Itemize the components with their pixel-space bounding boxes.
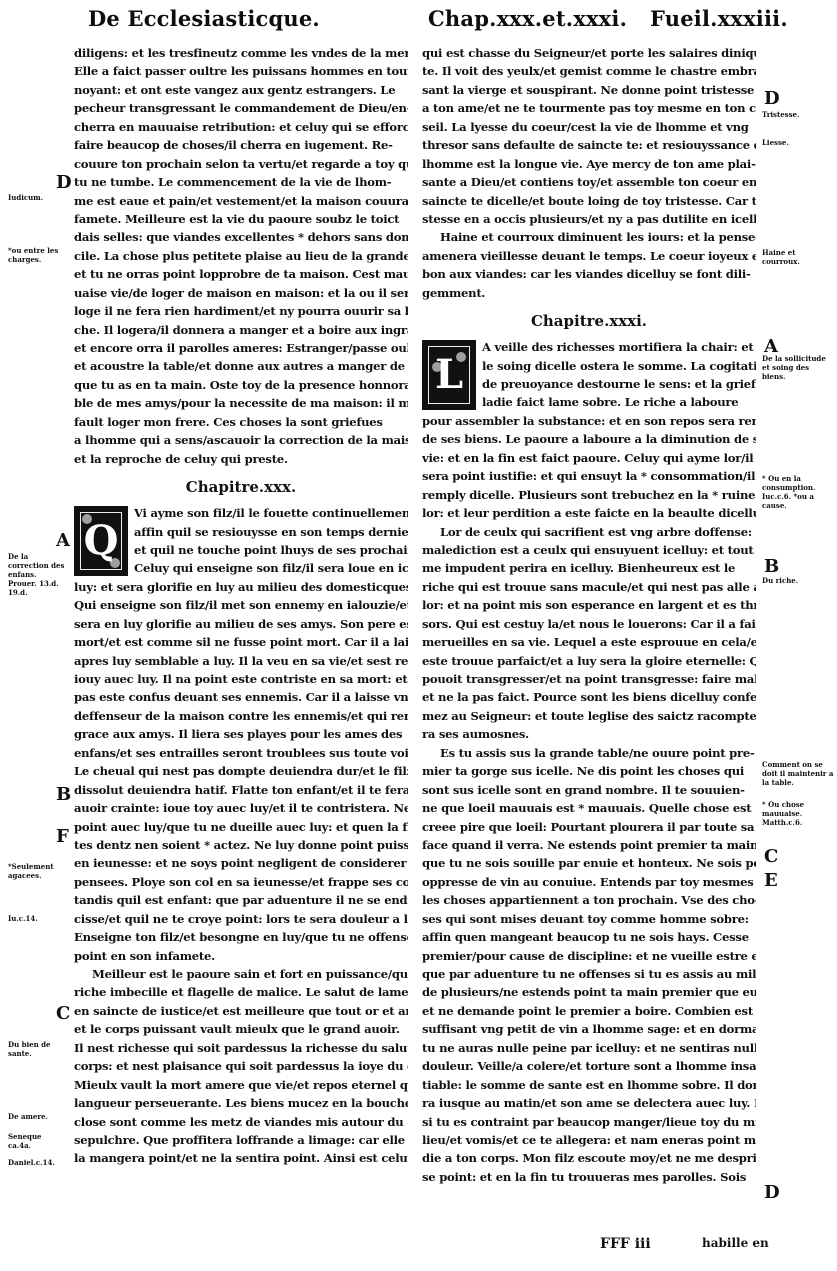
text-line: riche imbecille et flagelle de malice. L… <box>74 983 408 1001</box>
text-line: la mangera point/et ne la sentira point.… <box>74 1149 408 1167</box>
right-column-paragraph-lor: Lor de ceulx qui sacrifient est vng arbr… <box>422 523 756 744</box>
text-line: et la reproche de celuy qui preste. <box>74 450 408 468</box>
chapter-title-xxxi: Chapitre.xxxi. <box>422 310 756 332</box>
text-line: de ses biens. Le paoure a laboure a la d… <box>422 430 756 448</box>
text-line: sont sus icelle sont en grand nombre. Il… <box>422 781 756 799</box>
text-line: sors. Qui est cestuy la/et nous le louer… <box>422 615 756 633</box>
text-line: et quil ne touche point lhuys de ses pro… <box>134 541 408 559</box>
section-marker-right: D <box>764 1182 780 1203</box>
text-line: et ne demande point le premier a boire. … <box>422 1002 756 1020</box>
text-line: me est eaue et pain/et vestement/et la m… <box>74 192 408 210</box>
margin-note-right: Comment on se doit il maintenir a la tab… <box>762 760 834 787</box>
text-line: seil. La lyesse du coeur/cest la vie de … <box>422 118 756 136</box>
text-line: point auec luy/que tu ne dueille auec lu… <box>74 818 408 836</box>
text-line: pas este confus deuant ses ennemis. Car … <box>74 688 408 706</box>
text-line: affin quen mangeant beaucop tu ne sois h… <box>422 928 756 946</box>
text-line: douleur. Veille/a colere/et torture sont… <box>422 1057 756 1075</box>
margin-note-left: Seneque ca.4a. <box>8 1132 66 1150</box>
text-line: saincte te dicelle/et boute loing de toy… <box>422 192 756 210</box>
margin-note-right: De la sollicitude et soing des biens. <box>762 354 834 381</box>
text-line: qui est chasse du Seigneur/et porte les … <box>422 44 756 62</box>
left-column-continuation: diligens: et les tresfineutz comme les v… <box>74 44 408 468</box>
illuminated-initial-l: L <box>422 340 476 410</box>
text-line: Qui enseigne son filz/il met son ennemy … <box>74 596 408 614</box>
text-line: auoir crainte: ioue toy auec luy/et il t… <box>74 799 408 817</box>
text-line: stesse en a occis plusieurs/et ny a pas … <box>422 210 756 228</box>
text-line: sante a Dieu/et contiens toy/et assemble… <box>422 173 756 191</box>
text-line: cile. La chose plus petitete plaise au l… <box>74 247 408 265</box>
text-line: affin quil se resiouysse en son temps de… <box>134 523 408 541</box>
text-line: noyant: et ont este vangez aux gentz est… <box>74 81 408 99</box>
running-head-title: De Ecclesiasticque. <box>88 6 320 31</box>
text-line: couure ton prochain selon ta vertu/et re… <box>74 155 408 173</box>
text-line: tes dentz nen soient * actez. Ne luy don… <box>74 836 408 854</box>
text-line: dissolut deuiendra hatif. Flatte ton enf… <box>74 781 408 799</box>
margin-note-right: * Ou chose mauuaise. Matth.c.6. <box>762 800 834 827</box>
text-line: famete. Meilleure est la vie du paoure s… <box>74 210 408 228</box>
margin-note-left: *Seulement agacees. <box>8 862 66 880</box>
text-line: amenera vieillesse deuant le temps. Le c… <box>422 247 756 265</box>
text-line: creee pire que loeil: Pourtant plourera … <box>422 818 756 836</box>
margin-note-left: Iudicum. <box>8 193 66 202</box>
margin-note-right: Haine et courroux. <box>762 248 834 266</box>
text-line: te. Il voit des yeulx/et gemist comme le… <box>422 62 756 80</box>
left-text-column: diligens: et les tresfineutz comme les v… <box>74 44 408 1168</box>
signature-mark: FFF iii <box>600 1236 651 1252</box>
section-marker-right: D <box>764 88 780 109</box>
text-line: a lhomme qui a sens/ascauoir la correcti… <box>74 431 408 449</box>
text-line: de plusieurs/ne estends point ta main pr… <box>422 983 756 1001</box>
text-line: suffisant vng petit de vin a lhomme sage… <box>422 1020 756 1038</box>
text-line: si tu es contraint par beaucop manger/li… <box>422 1113 756 1131</box>
chapter-title-xxx: Chapitre.xxx. <box>74 476 408 498</box>
text-line: diligens: et les tresfineutz comme les v… <box>74 44 408 62</box>
text-line: que par aduenture tu ne offenses si tu e… <box>422 965 756 983</box>
text-line: gemment. <box>422 284 756 302</box>
section-marker-left: D <box>56 172 72 193</box>
running-head-chapters: Chap.xxx.et.xxxi. <box>428 6 627 31</box>
text-line: Mieulx vault la mort amere que vie/et re… <box>74 1076 408 1094</box>
text-line: faire beaucop de choses/il cherra en iug… <box>74 136 408 154</box>
text-line: Lor de ceulx qui sacrifient est vng arbr… <box>422 523 756 541</box>
margin-note-right: Tristesse. <box>762 110 834 119</box>
text-line: Le cheual qui nest pas dompte deuiendra … <box>74 762 408 780</box>
text-line: vie: et en la fin est faict paoure. Celu… <box>422 449 756 467</box>
text-line: ra ses aumosnes. <box>422 725 756 743</box>
text-line: Es tu assis sus la grande table/ne ouure… <box>422 744 756 762</box>
text-line: le soing dicelle ostera le somme. La cog… <box>482 357 756 375</box>
left-column-paragraph-health: Meilleur est le paoure sain et fort en p… <box>74 965 408 1168</box>
text-line: dais selles: que viandes excellentes * d… <box>74 228 408 246</box>
text-line: ladie faict lame sobre. Le riche a labou… <box>482 393 756 411</box>
margin-note-right: Liesse. <box>762 138 834 147</box>
margin-note-right: * Ou en la consumption. Iuc.c.6. *ou a c… <box>762 474 834 510</box>
text-line: Vi ayme son filz/il le fouette continuel… <box>134 504 408 522</box>
text-line: me impudent perira en icelluy. Bienheure… <box>422 559 756 577</box>
text-line: tu ne auras nulle peine par icelluy: et … <box>422 1039 756 1057</box>
margin-note-right: Du riche. <box>762 576 834 585</box>
text-line: che. Il logera/il donnera a manger et a … <box>74 321 408 339</box>
text-line: et le corps puissant vault mieulx que le… <box>74 1020 408 1038</box>
text-line: pensees. Ploye son col en sa ieunesse/et… <box>74 873 408 891</box>
text-line: Celuy qui enseigne son filz/il sera loue… <box>134 559 408 577</box>
text-line: et acoustre la table/et donne aux autres… <box>74 357 408 375</box>
catchword: habille en <box>702 1236 769 1250</box>
text-line: corps: et nest plaisance qui soit pardes… <box>74 1057 408 1075</box>
section-marker-right: A <box>764 336 778 357</box>
text-line: este trouue parfaict/et a luy sera la gl… <box>422 652 756 670</box>
text-line: a ton ame/et ne te tourmente pas toy mes… <box>422 99 756 117</box>
margin-note-left: De la correction des enfans. Prouer. 13.… <box>8 552 66 597</box>
chapter-xxx-body: Q Vi ayme son filz/il le fouette continu… <box>74 504 408 965</box>
text-line: apres luy semblable a luy. Il la veu en … <box>74 652 408 670</box>
text-line: ne que loeil mauuais est * mauuais. Quel… <box>422 799 756 817</box>
text-line: enfans/et ses entrailles seront troublee… <box>74 744 408 762</box>
text-line: tu ne tumbe. Le commencement de la vie d… <box>74 173 408 191</box>
text-line: uaise vie/de loger de maison en maison: … <box>74 284 408 302</box>
text-line: les choses appartiennent a ton prochain.… <box>422 891 756 909</box>
text-line: et tu ne orras point lopprobre de ta mai… <box>74 265 408 283</box>
text-line: et ne la pas faict. Pource sont les bien… <box>422 688 756 706</box>
text-line: thresor sans defaulte de saincte te: et … <box>422 136 756 154</box>
text-line: sant la vierge et souspirant. Ne donne p… <box>422 81 756 99</box>
text-line: lor: et na point mis son esperance en la… <box>422 596 756 614</box>
section-marker-right: B <box>764 556 779 577</box>
margin-note-left: Du bien de sante. <box>8 1040 66 1058</box>
text-line: ses qui sont mises deuant toy comme homm… <box>422 910 756 928</box>
text-line: fault loger mon frere. Ces choses la son… <box>74 413 408 431</box>
text-line: lieu/et vomis/et ce te allegera: et nam … <box>422 1131 756 1149</box>
text-line: iouy auec luy. Il na point este contrist… <box>74 670 408 688</box>
section-marker-left: C <box>56 1003 70 1024</box>
text-line: face quand il verra. Ne estends point pr… <box>422 836 756 854</box>
text-line: tiable: le somme de sante est en lhomme … <box>422 1076 756 1094</box>
text-line: sera en luy glorifie au milieu de ses am… <box>74 615 408 633</box>
text-line: mez au Seigneur: et toute leglise des sa… <box>422 707 756 725</box>
chapter-xxxi-body: L A veille des richesses mortifiera la c… <box>422 338 756 522</box>
text-line: en saincte de iustice/et est meilleure q… <box>74 1002 408 1020</box>
text-line: que tu as en ta main. Oste toy de la pre… <box>74 376 408 394</box>
text-line: close sont comme les metz de viandes mis… <box>74 1113 408 1131</box>
text-line: lor: et leur perdition a este faicte en … <box>422 504 756 522</box>
text-line: point en son infamete. <box>74 947 408 965</box>
right-column-paragraph-table: Es tu assis sus la grande table/ne ouure… <box>422 744 756 1187</box>
text-line: sera point iustifie: et qui ensuyt la * … <box>422 467 756 485</box>
text-line: langueur perseuerante. Les biens mucez e… <box>74 1094 408 1112</box>
text-line: loge il ne fera rien hardiment/et ny pou… <box>74 302 408 320</box>
text-line: grace aux amys. Il liera ses playes pour… <box>74 725 408 743</box>
text-line: malediction est a ceulx qui ensuyuent ic… <box>422 541 756 559</box>
text-line: Elle a faict passer oultre les puissans … <box>74 62 408 80</box>
margin-note-left: De amere. <box>8 1112 66 1121</box>
text-line: que tu ne sois souille par enuie et hont… <box>422 854 756 872</box>
text-line: premier/pour cause de discipline: et ne … <box>422 947 756 965</box>
margin-note-left: *ou entre les charges. <box>8 246 66 264</box>
section-marker-left: B <box>56 784 71 805</box>
text-line: sepulchre. Que proffitera loffrande a li… <box>74 1131 408 1149</box>
right-text-column: qui est chasse du Seigneur/et porte les … <box>422 44 756 1186</box>
text-line: merueilles en sa vie. Lequel a este espr… <box>422 633 756 651</box>
text-line: pour assembler la substance: et en son r… <box>422 412 756 430</box>
text-line: remply dicelle. Plusieurs sont trebuchez… <box>422 486 756 504</box>
text-line: ble de mes amys/pour la necessite de ma … <box>74 394 408 412</box>
scanned-book-page: De Ecclesiasticque. Chap.xxx.et.xxxi. Fu… <box>0 0 837 1271</box>
section-marker-right: E <box>764 870 778 891</box>
section-marker-left: F <box>56 826 69 847</box>
text-line: Il nest richesse qui soit pardessus la r… <box>74 1039 408 1057</box>
margin-note-left: Iu.c.14. <box>8 914 66 923</box>
text-line: A veille des richesses mortifiera la cha… <box>482 338 756 356</box>
text-line: en ieunesse: et ne soys point negligent … <box>74 854 408 872</box>
margin-note-left: Daniel.c.14. <box>8 1158 66 1167</box>
text-line: et encore orra il parolles ameres: Estra… <box>74 339 408 357</box>
text-line: oppresse de vin au conuiue. Entends par … <box>422 873 756 891</box>
text-line: se point: et en la fin tu trouueras mes … <box>422 1168 756 1186</box>
text-line: pecheur transgressant le commandement de… <box>74 99 408 117</box>
text-line: die a ton corps. Mon filz escoute moy/et… <box>422 1149 756 1167</box>
text-line: pouoit transgresser/et na point transgre… <box>422 670 756 688</box>
folio-number: Fueil.xxxiii. <box>650 6 788 31</box>
text-line: deffenseur de la maison contre les ennem… <box>74 707 408 725</box>
text-line: mier ta gorge sus icelle. Ne dis point l… <box>422 762 756 780</box>
text-line: de preuoyance destourne le sens: et la g… <box>482 375 756 393</box>
text-line: ra iusque au matin/et son ame se delecte… <box>422 1094 756 1112</box>
section-marker-left: A <box>56 530 70 551</box>
text-line: Enseigne ton filz/et besongne en luy/que… <box>74 928 408 946</box>
text-line: tandis quil est enfant: que par aduentur… <box>74 891 408 909</box>
text-line: lhomme est la longue vie. Aye mercy de t… <box>422 155 756 173</box>
text-line: mort/et est comme sil ne fusse point mor… <box>74 633 408 651</box>
text-line: riche qui est trouue sans macule/et qui … <box>422 578 756 596</box>
right-column-paragraph-haine: Haine et courroux diminuent les iours: e… <box>422 228 756 302</box>
text-line: Haine et courroux diminuent les iours: e… <box>422 228 756 246</box>
section-marker-right: C <box>764 846 778 867</box>
text-line: cisse/et quil ne te croye point: lors te… <box>74 910 408 928</box>
right-column-continuation: qui est chasse du Seigneur/et porte les … <box>422 44 756 228</box>
text-line: Meilleur est le paoure sain et fort en p… <box>74 965 408 983</box>
text-line: cherra en mauuaise retribution: et celuy… <box>74 118 408 136</box>
text-line: bon aux viandes: car les viandes dicellu… <box>422 265 756 283</box>
text-line: luy: et sera glorifie en luy au milieu d… <box>74 578 408 596</box>
illuminated-initial-q: Q <box>74 506 128 576</box>
